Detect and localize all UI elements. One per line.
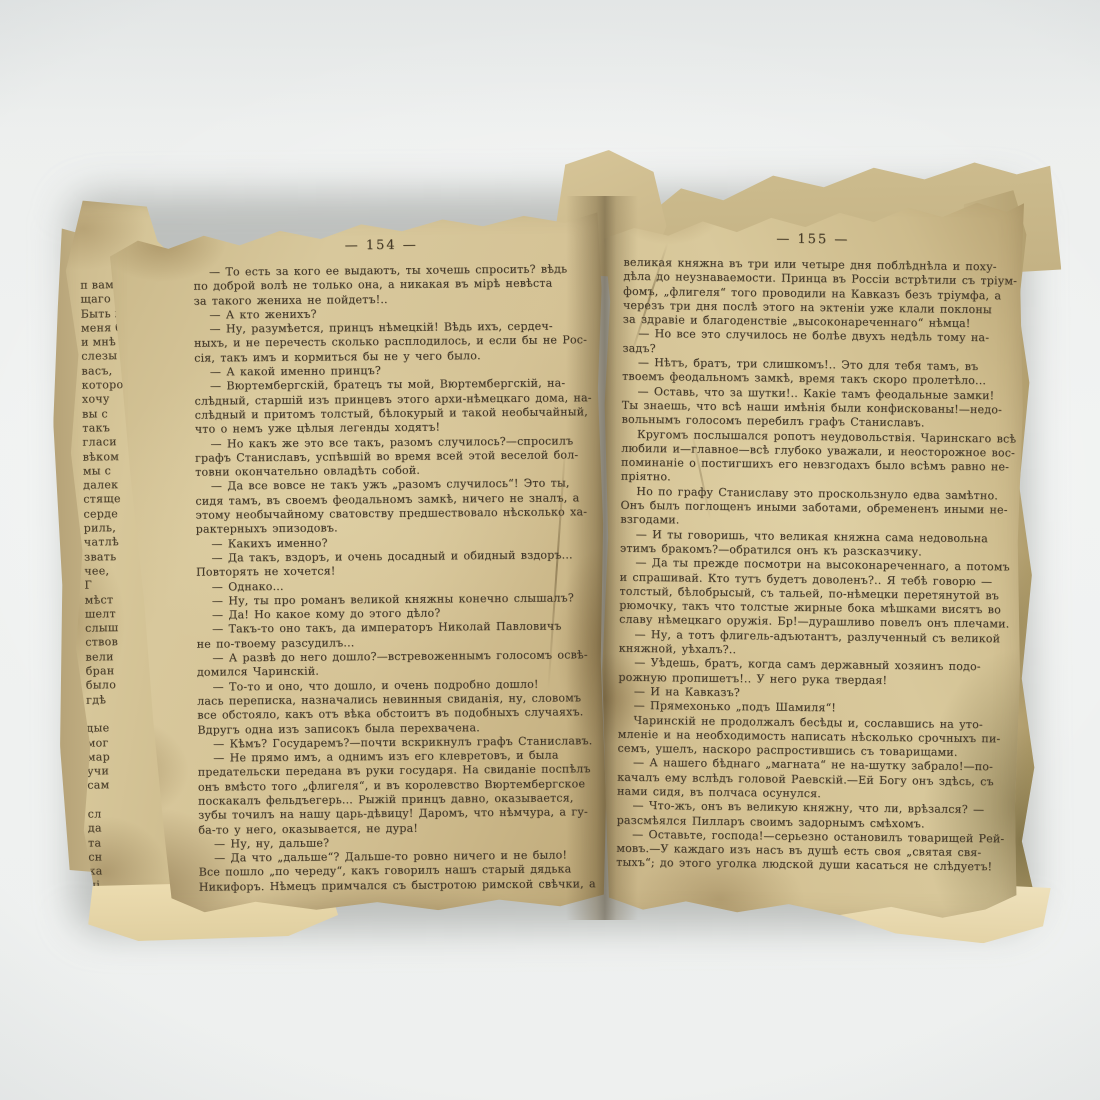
page-154-text-block: — 154 — — То есть за кого ее выдаютъ, ты… xyxy=(193,236,575,894)
page-number-155: — 155 — xyxy=(624,230,1002,255)
page-number-154: — 154 — xyxy=(193,236,569,259)
page-155-text-block: — 155 — великая княжна въ три или четыре… xyxy=(616,230,1002,875)
page-154-body-text: — То есть за кого ее выдаютъ, ты хочешь … xyxy=(193,262,574,894)
page-155-body-text: великая княжна въ три или четыре дня поб… xyxy=(616,256,1001,875)
photo-of-open-book: п вамъщаго вБыть мменя би мнѣслезывасъ,к… xyxy=(0,0,1100,1100)
